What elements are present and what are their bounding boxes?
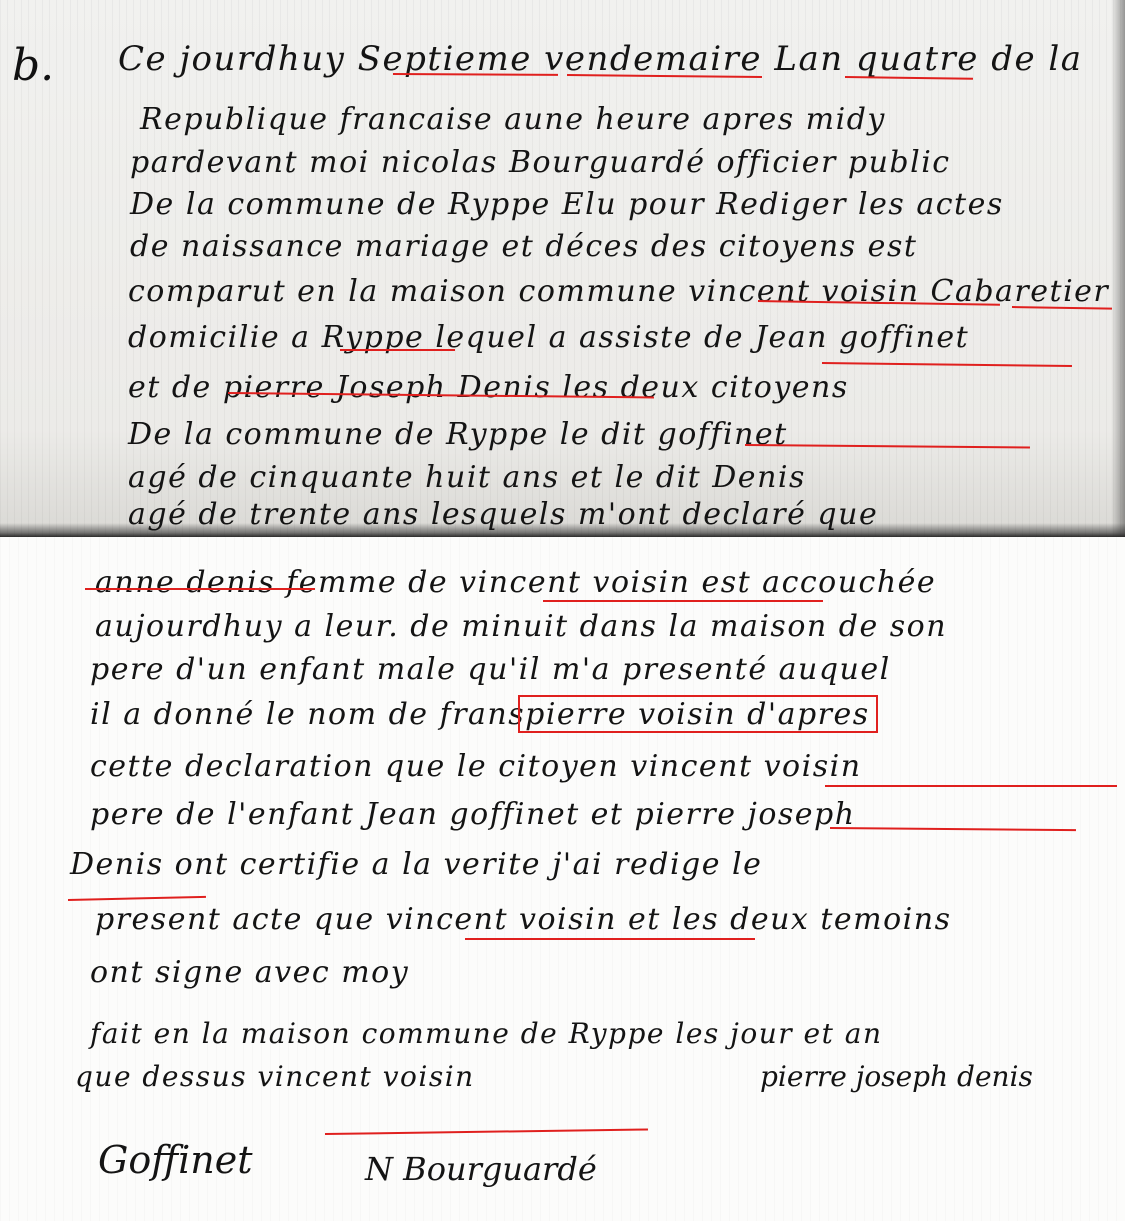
scan-edge-shadow (1111, 0, 1125, 537)
red-underline (825, 785, 1117, 787)
signature: Goffinet (98, 1138, 253, 1182)
text-line: pardevant moi nicolas Bourguardé officie… (130, 148, 951, 178)
text-line: pere de l'enfant Jean goffinet et pierre… (90, 800, 856, 830)
red-underline (543, 600, 823, 602)
text-line: De la commune de Ryppe Elu pour Rediger … (130, 190, 1004, 220)
text-line: et de pierre Joseph Denis les deux citoy… (128, 373, 849, 403)
scan-upper-half (0, 0, 1125, 537)
text-line: Republique francaise aune heure apres mi… (140, 105, 886, 135)
red-underline (340, 349, 455, 351)
text-line: agé de trente ans lesquels m'ont declaré… (128, 500, 878, 530)
text-line: ont signe avec moy (90, 958, 409, 988)
text-line: anne denis femme de vincent voisin est a… (95, 568, 936, 598)
text-line: que dessus vincent voisin (75, 1063, 475, 1091)
document-page: b. Ce jourdhuy Septieme vendemaire Lan q… (0, 0, 1125, 1221)
text-line: cette declaration que le citoyen vincent… (90, 752, 862, 782)
signature: N Bourguardé (365, 1150, 597, 1188)
text-line: agé de cinquante huit ans et le dit Deni… (128, 463, 806, 493)
text-line: domicilie a Ryppe lequel a assiste de Je… (128, 323, 969, 353)
red-highlight-box (518, 695, 878, 733)
text-line: pere d'un enfant male qu'il m'a presenté… (90, 655, 891, 685)
entry-number: b. (12, 40, 54, 91)
signature: pierre joseph denis (760, 1060, 1033, 1093)
text-line: Denis ont certifie a la verite j'ai redi… (70, 850, 762, 880)
text-line: de naissance mariage et déces des citoye… (130, 232, 917, 262)
red-underline (465, 938, 755, 940)
text-line: Ce jourdhuy Septieme vendemaire Lan quat… (118, 42, 1083, 76)
text-line: De la commune de Ryppe le dit goffinet (128, 420, 788, 450)
red-underline (85, 588, 315, 590)
text-line: aujourdhuy a leur. de minuit dans la mai… (95, 612, 947, 642)
text-line: present acte que vincent voisin et les d… (95, 905, 952, 935)
text-line: fait en la maison commune de Ryppe les j… (90, 1020, 882, 1048)
